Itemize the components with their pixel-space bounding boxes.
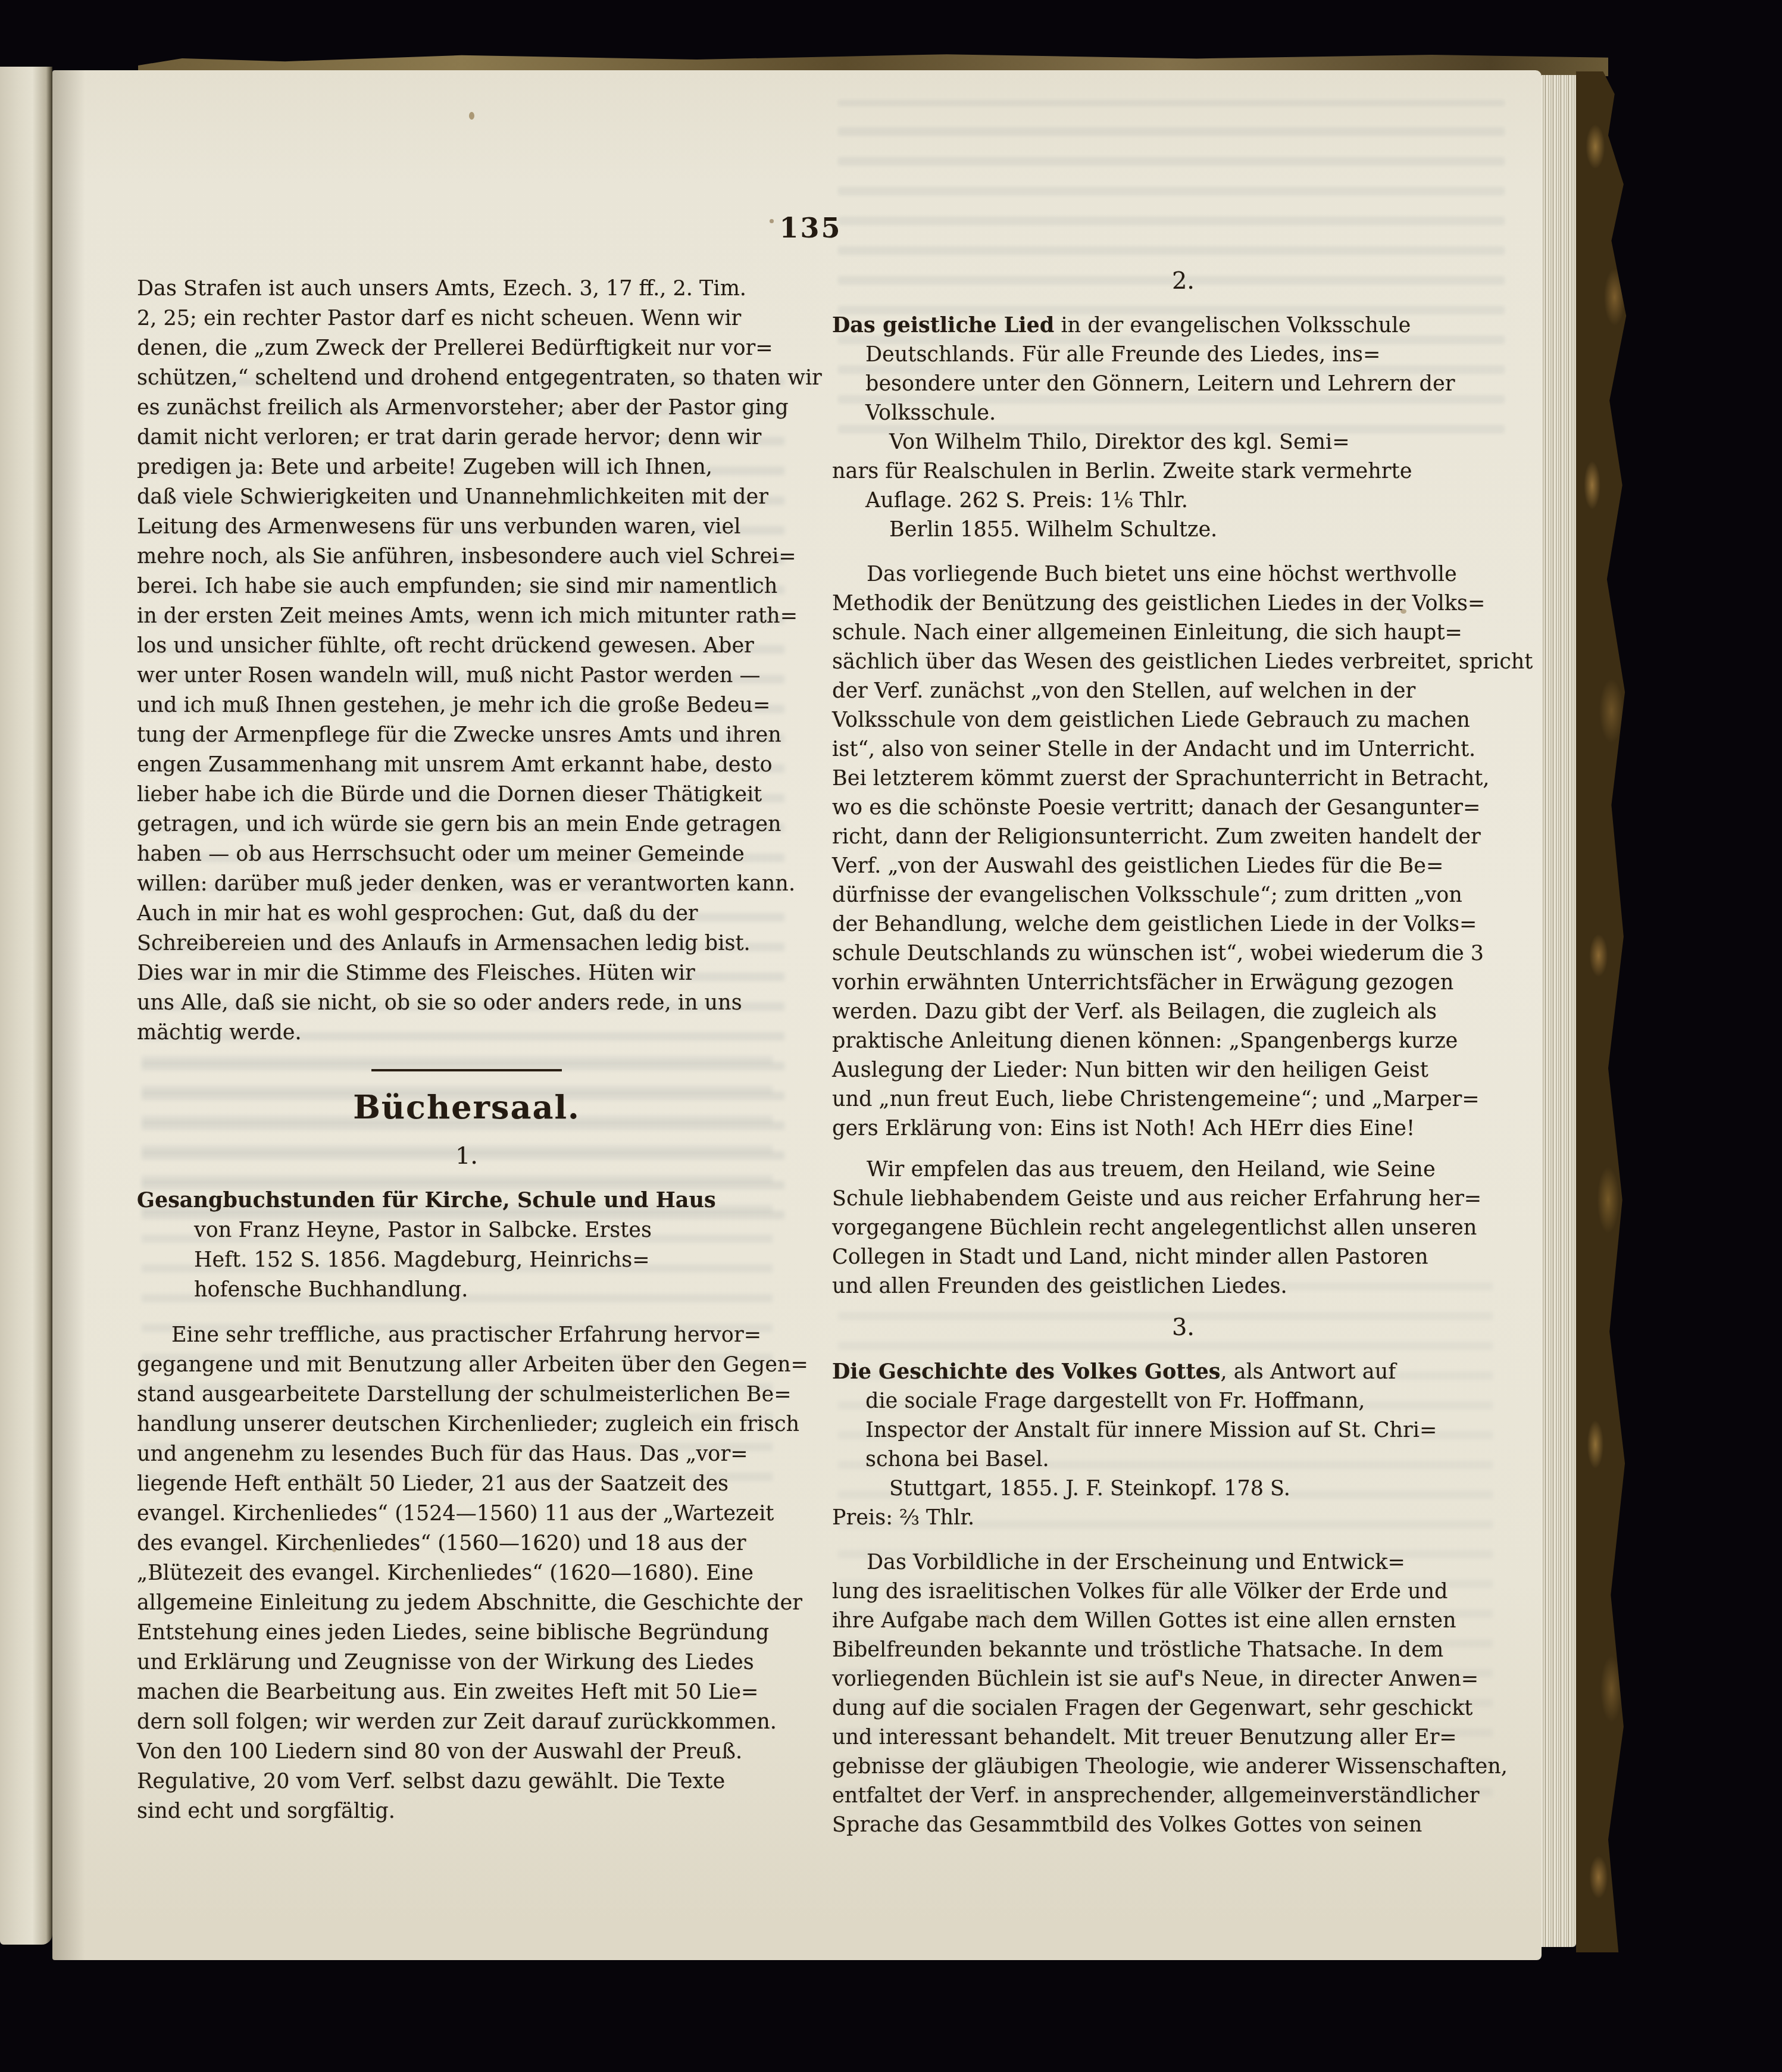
- text-line: schützen,“ scheltend und drohend entgege…: [137, 363, 796, 393]
- text-line: wer unter Rosen wandeln will, muß nicht …: [137, 661, 796, 690]
- text-line: besondere unter den Gönnern, Leitern und…: [832, 370, 1534, 399]
- text-line: predigen ja: Bete und arbeite! Zugeben w…: [137, 452, 796, 482]
- text-line: dung auf die socialen Fragen der Gegenwa…: [832, 1694, 1534, 1723]
- text-line: und interessant behandelt. Mit treuer Be…: [832, 1723, 1534, 1752]
- text-line: Schreibereien und des Anlaufs in Armensa…: [137, 929, 796, 958]
- text-line: Collegen in Stadt und Land, nicht minder…: [832, 1243, 1534, 1272]
- text-line: Verf. „von der Auswahl des geistlichen L…: [832, 852, 1534, 881]
- text-line: lung des israelitischen Volkes für alle …: [832, 1577, 1534, 1607]
- text-line: Regulative, 20 vom Verf. selbst dazu gew…: [137, 1767, 796, 1796]
- text-line: tung der Armenpflege für die Zwecke unsr…: [137, 720, 796, 750]
- text-line: schule Deutschlands zu wünschen ist“, wo…: [832, 939, 1534, 968]
- text-line: mehre noch, als Sie anführen, insbesonde…: [137, 542, 796, 571]
- text-line: schona bei Basel.: [832, 1445, 1534, 1474]
- review-3: Das Vorbildliche in der Erscheinung und …: [832, 1548, 1534, 1840]
- text-line: berei. Ich habe sie auch empfunden; sie …: [137, 571, 796, 601]
- text-line: lieber habe ich die Bürde und die Dornen…: [137, 780, 796, 810]
- text-line: gebnisse der gläubigen Theologie, wie an…: [832, 1752, 1534, 1782]
- text-line: praktische Anleitung dienen können: „Spa…: [832, 1027, 1534, 1056]
- text-line: los und unsicher fühlte, oft recht drück…: [137, 631, 796, 661]
- foxing-spot: [770, 219, 774, 223]
- section-heading: Büchersaal.: [137, 1089, 796, 1125]
- text-line: dürfnisse der evangelischen Volksschule“…: [832, 881, 1534, 910]
- marbled-cover-edge: [1576, 71, 1640, 1952]
- item-number: 3.: [832, 1313, 1534, 1342]
- page-number: 135: [774, 212, 848, 244]
- text-line: in der ersten Zeit meines Amts, wenn ich…: [137, 601, 796, 631]
- text-line: und angenehm zu lesendes Buch für das Ha…: [137, 1439, 796, 1469]
- review-1: Eine sehr treffliche, aus practischer Er…: [137, 1320, 796, 1826]
- text-line: Von den 100 Liedern sind 80 von der Ausw…: [137, 1737, 796, 1767]
- text-line: sächlich über das Wesen des geistlichen …: [832, 648, 1534, 677]
- text-line: nars für Realschulen in Berlin. Zweite s…: [832, 457, 1534, 486]
- text-line: engen Zusammenhang mit unsrem Amt erkann…: [137, 750, 796, 780]
- text-line: Wir empfelen das aus treuem, den Heiland…: [832, 1155, 1534, 1185]
- text-line: uns Alle, daß sie nicht, ob sie so oder …: [137, 988, 796, 1018]
- text-line: damit nicht verloren; er trat darin gera…: [137, 423, 796, 452]
- review-2-closing: Wir empfelen das aus treuem, den Heiland…: [832, 1155, 1534, 1301]
- text-line: Bibelfreunden bekannte und tröstliche Th…: [832, 1636, 1534, 1665]
- text-line: Auslegung der Lieder: Nun bitten wir den…: [832, 1056, 1534, 1085]
- text-line: stand ausgearbeitete Darstellung der sch…: [137, 1380, 796, 1410]
- text-line: die sociale Frage dargestellt von Fr. Ho…: [832, 1387, 1534, 1416]
- text-line: Von Wilhelm Thilo, Direktor des kgl. Sem…: [832, 428, 1534, 457]
- text-line: Eine sehr treffliche, aus practischer Er…: [137, 1320, 796, 1350]
- review-2: Das vorliegende Buch bietet uns eine höc…: [832, 560, 1534, 1143]
- item-number: 2.: [832, 267, 1534, 295]
- text-line: ist“, also von seiner Stelle in der Anda…: [832, 735, 1534, 764]
- text-line: Sprache das Gesammtbild des Volkes Gotte…: [832, 1811, 1534, 1840]
- book-page: 135 Das Strafen ist auch unsers Amts, Ez…: [52, 70, 1542, 1960]
- text-line: Heft. 152 S. 1856. Magdeburg, Heinrichs=: [137, 1245, 796, 1275]
- text-line: Die Geschichte des Volkes Gottes, als An…: [832, 1357, 1534, 1387]
- text-line: des evangel. Kirchenliedes“ (1560—1620) …: [137, 1529, 796, 1558]
- text-line: Berlin 1855. Wilhelm Schultze.: [832, 515, 1534, 545]
- text-line: Das vorliegende Buch bietet uns eine höc…: [832, 560, 1534, 589]
- text-line: Deutschlands. Für alle Freunde des Liede…: [832, 340, 1534, 370]
- text-line: entfaltet der Verf. in ansprechender, al…: [832, 1782, 1534, 1811]
- text-line: Bei letzterem kömmt zuerst der Sprachunt…: [832, 764, 1534, 793]
- text-line: und Erklärung und Zeugnisse von der Wirk…: [137, 1648, 796, 1677]
- text-line: Stuttgart, 1855. J. F. Steinkopf. 178 S.: [832, 1474, 1534, 1504]
- text-line: werden. Dazu gibt der Verf. als Beilagen…: [832, 998, 1534, 1027]
- text-line: schule. Nach einer allgemeinen Einleitun…: [832, 618, 1534, 648]
- right-text-column: 2.Das geistliche Lied in der evangelisch…: [832, 267, 1534, 1852]
- text-line: Methodik der Benützung des geistlichen L…: [832, 589, 1534, 618]
- text-line: Auflage. 262 S. Preis: 1⅙ Thlr.: [832, 486, 1534, 515]
- text-line: und „nun freut Euch, liebe Christengemei…: [832, 1085, 1534, 1114]
- book-title-2: Das geistliche Lied in der evangelischen…: [832, 311, 1534, 545]
- text-line: Das Strafen ist auch unsers Amts, Ezech.…: [137, 274, 796, 304]
- text-line: gers Erklärung von: Eins ist Noth! Ach H…: [832, 1114, 1534, 1143]
- text-line: liegende Heft enthält 50 Lieder, 21 aus …: [137, 1469, 796, 1499]
- text-line: mächtig werde.: [137, 1018, 796, 1048]
- separator-rule: [371, 1069, 562, 1071]
- text-line: Schule liebhabendem Geiste und aus reich…: [832, 1185, 1534, 1214]
- text-line: evangel. Kirchenliedes“ (1524—1560) 11 a…: [137, 1499, 796, 1529]
- text-line: Das Vorbildliche in der Erscheinung und …: [832, 1548, 1534, 1577]
- text-line: sind echt und sorgfältig.: [137, 1796, 796, 1826]
- text-line: Entstehung eines jeden Liedes, seine bib…: [137, 1618, 796, 1648]
- text-line: willen: darüber muß jeder denken, was er…: [137, 869, 796, 899]
- text-line: der Verf. zunächst „von den Stellen, auf…: [832, 677, 1534, 706]
- text-line: machen die Bearbeitung aus. Ein zweites …: [137, 1677, 796, 1707]
- text-line: denen, die „zum Zweck der Prellerei Bedü…: [137, 333, 796, 363]
- text-line: Inspector der Anstalt für innere Mission…: [832, 1416, 1534, 1445]
- text-line: getragen, und ich würde sie gern bis an …: [137, 810, 796, 839]
- book-title-3: Die Geschichte des Volkes Gottes, als An…: [832, 1357, 1534, 1533]
- text-line: und ich muß Ihnen gestehen, je mehr ich …: [137, 690, 796, 720]
- text-line: allgemeine Einleitung zu jedem Abschnitt…: [137, 1588, 796, 1618]
- text-line: vorliegenden Büchlein ist sie auf's Neue…: [832, 1665, 1534, 1694]
- text-line: ihre Aufgabe nach dem Willen Gottes ist …: [832, 1607, 1534, 1636]
- text-line: der Behandlung, welche dem geistlichen L…: [832, 910, 1534, 939]
- item-number: 1.: [137, 1142, 796, 1170]
- text-line: hofensche Buchhandlung.: [137, 1275, 796, 1305]
- text-line: Auch in mir hat es wohl gesprochen: Gut,…: [137, 899, 796, 929]
- left-text-column: Das Strafen ist auch unsers Amts, Ezech.…: [137, 274, 796, 1838]
- text-line: „Blütezeit des evangel. Kirchenliedes“ (…: [137, 1558, 796, 1588]
- text-line: gegangene und mit Benutzung aller Arbeit…: [137, 1350, 796, 1380]
- text-line: Preis: ⅔ Thlr.: [832, 1504, 1534, 1533]
- text-line: es zunächst freilich als Armenvorsteher;…: [137, 393, 796, 423]
- text-line: vorhin erwähnten Unterrichtsfächer in Er…: [832, 968, 1534, 998]
- book-title-1: Gesangbuchstunden für Kirche, Schule und…: [137, 1186, 796, 1305]
- left-paragraph-continuation: Das Strafen ist auch unsers Amts, Ezech.…: [137, 274, 796, 1048]
- text-line: wo es die schönste Poesie vertritt; dana…: [832, 793, 1534, 823]
- page-edges-stack: [1542, 75, 1576, 1947]
- text-line: Volksschule von dem geistlichen Liede Ge…: [832, 706, 1534, 735]
- text-line: Leitung des Armenwesens für uns verbunde…: [137, 512, 796, 542]
- text-line: Dies war in mir die Stimme des Fleisches…: [137, 958, 796, 988]
- text-line: handlung unserer deutschen Kirchenlieder…: [137, 1410, 796, 1439]
- text-line: Volksschule.: [832, 399, 1534, 428]
- text-line: Gesangbuchstunden für Kirche, Schule und…: [137, 1186, 796, 1215]
- text-line: haben — ob aus Herrschsucht oder um mein…: [137, 839, 796, 869]
- text-line: dern soll folgen; wir werden zur Zeit da…: [137, 1707, 796, 1737]
- text-line: 2, 25; ein rechter Pastor darf es nicht …: [137, 304, 796, 333]
- text-line: vorgegangene Büchlein recht angelegentli…: [832, 1214, 1534, 1243]
- text-line: und allen Freunden des geistlichen Liede…: [832, 1272, 1534, 1301]
- text-line: Das geistliche Lied in der evangelischen…: [832, 311, 1534, 340]
- text-line: richt, dann der Religionsunterricht. Zum…: [832, 823, 1534, 852]
- facing-page-edge: [0, 67, 52, 1945]
- text-line: von Franz Heyne, Pastor in Salbcke. Erst…: [137, 1215, 796, 1245]
- foxing-spot: [469, 112, 474, 120]
- text-line: daß viele Schwierigkeiten und Unannehmli…: [137, 482, 796, 512]
